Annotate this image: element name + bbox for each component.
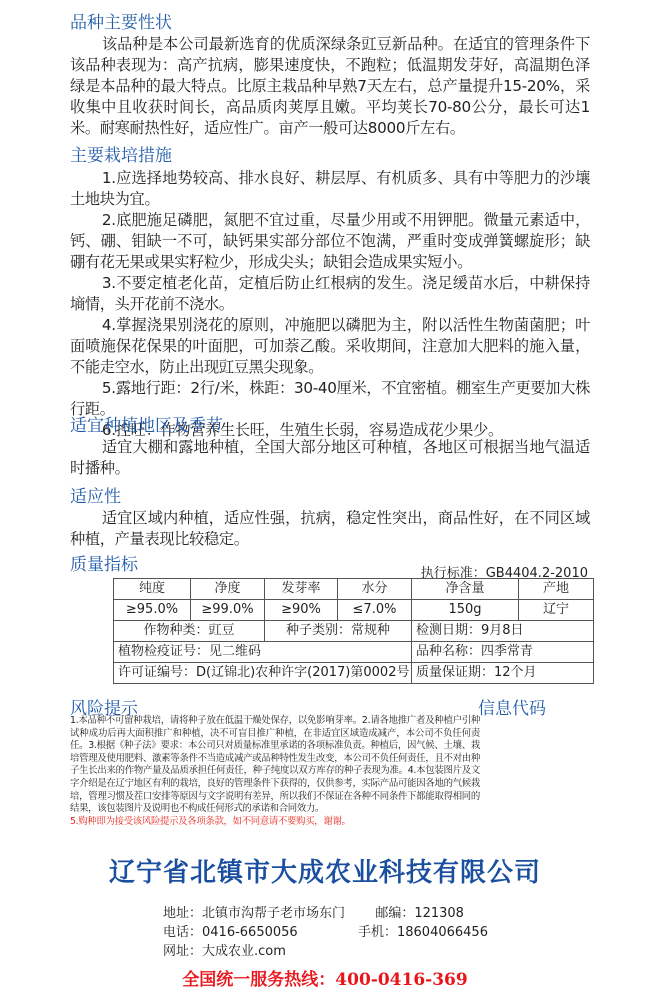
company-name: 辽宁省北镇市大成农业科技有限公司: [0, 852, 650, 889]
value-net-weight: 150g: [412, 600, 519, 621]
phone-value: 0416-6650056: [202, 925, 298, 940]
phone-row: 电话：0416-6650056 手机：18604066456: [163, 923, 488, 942]
table-row: ≥95.0% ≥99.0% ≥90% ≤7.0% 150g 辽宁: [114, 600, 594, 621]
risk-warning: 5.购种即为接受该风险提示及各项条款，如不同意请不要购买，谢谢。: [70, 816, 480, 829]
value-germination: ≥90%: [265, 600, 338, 621]
traits-body: 该品种是本公司最新选育的优质深绿条豇豆新品种。在适宜的管理条件下该品种表现为：高…: [70, 34, 590, 139]
website-row: 网址：大成农业.com: [163, 942, 488, 961]
cultivation-item: 2.底肥施足磷肥，氮肥不宜过重，尽量少用或不用钾肥。微量元素适中，钙、硼、钼缺一…: [70, 210, 590, 273]
quarantine-number: 植物检疫证号：见二维码: [114, 642, 412, 663]
value-moisture: ≤7.0%: [338, 600, 412, 621]
region-paragraph: 适宜大棚和露地种植，全国大部分地区可种植，各地区可根据当地气温适时播种。: [70, 437, 590, 479]
section-title-region: 适宜种植地区及季节: [70, 416, 223, 436]
test-date: 检测日期：9月8日: [412, 621, 594, 642]
mobile-value: 18604066456: [397, 925, 488, 940]
mobile-label: 手机：: [358, 925, 397, 940]
phone-label: 电话：: [163, 925, 202, 940]
header-origin: 产地: [519, 579, 594, 600]
value-origin: 辽宁: [519, 600, 594, 621]
adaptability-body: 适宜区域内种植，适应性强，抗病，稳定性突出，商品性好，在不同区域种植，产量表现比…: [70, 508, 590, 550]
address-row: 地址：北镇市沟帮子老市场东门 邮编：121308: [163, 904, 488, 923]
variety-name: 品种名称：四季常青: [412, 642, 594, 663]
table-row: 植物检疫证号：见二维码 品种名称：四季常青: [114, 642, 594, 663]
cultivation-body: 1.应选择地势较高、排水良好、耕层厚、有机质多、具有中等肥力的沙壤土地块为宜。 …: [70, 168, 590, 441]
section-title-quality: 质量指标: [70, 555, 138, 575]
risk-paragraph: 1.本品种不可留种栽培，请将种子放在低温干燥处保存，以免影响芽率。2.请各地推广…: [70, 715, 480, 816]
region-body: 适宜大棚和露地种植，全国大部分地区可种植，各地区可根据当地气温适时播种。: [70, 437, 590, 479]
adaptability-paragraph: 适宜区域内种植，适应性强，抗病，稳定性突出，商品性好，在不同区域种植，产量表现比…: [70, 508, 590, 550]
cultivation-item: 5.露地行距：2行/米，株距：30-40厘米，不宜密植。棚室生产更要加大株行距。: [70, 378, 590, 420]
cultivation-item: 4.掌握浇果别浇花的原则，冲施肥以磷肥为主，附以活性生物菌菌肥；叶面喷施保花保果…: [70, 315, 590, 378]
qr-code-area: [478, 718, 578, 818]
value-purity: ≥95.0%: [114, 600, 191, 621]
quality-table: 纯度 净度 发芽率 水分 净含量 产地 ≥95.0% ≥99.0% ≥90% ≤…: [113, 578, 594, 684]
header-germination: 发芽率: [265, 579, 338, 600]
header-moisture: 水分: [338, 579, 412, 600]
risk-body: 1.本品种不可留种栽培，请将种子放在低温干燥处保存，以免影响芽率。2.请各地推广…: [70, 715, 480, 828]
table-header-row: 纯度 净度 发芽率 水分 净含量 产地: [114, 579, 594, 600]
postcode-value: 121308: [414, 906, 464, 921]
service-hotline: 全国统一服务热线：400-0416-369: [0, 965, 650, 990]
cultivation-item: 3.不要定植老化苗，定植后防止红根病的发生。浇足缓苗水后，中耕保持墒情，头开花前…: [70, 273, 590, 315]
cultivation-item: 1.应选择地势较高、排水良好、耕层厚、有机质多、具有中等肥力的沙壤土地块为宜。: [70, 168, 590, 210]
postcode-label: 邮编：: [375, 906, 414, 921]
website-label: 网址：: [163, 944, 202, 959]
warranty-period: 质量保证期：12个月: [412, 663, 594, 684]
section-title-info-code: 信息代码: [478, 694, 546, 719]
contact-block: 地址：北镇市沟帮子老市场东门 邮编：121308 电话：0416-6650056…: [163, 904, 488, 961]
header-purity: 纯度: [114, 579, 191, 600]
address-value: 北镇市沟帮子老市场东门: [202, 906, 345, 921]
traits-paragraph: 该品种是本公司最新选育的优质深绿条豇豆新品种。在适宜的管理条件下该品种表现为：高…: [70, 34, 590, 139]
header-net-weight: 净含量: [412, 579, 519, 600]
address-label: 地址：: [163, 906, 202, 921]
website-value: 大成农业.com: [202, 944, 286, 959]
section-title-traits: 品种主要性状: [70, 13, 172, 33]
crop-type: 作物种类：豇豆: [114, 621, 265, 642]
table-row: 作物种类：豇豆 种子类别：常规种 检测日期：9月8日: [114, 621, 594, 642]
seed-type: 种子类别：常规种: [265, 621, 412, 642]
table-row: 许可证编号：D(辽锦北)农种许字(2017)第0002号 质量保证期：12个月: [114, 663, 594, 684]
section-title-adaptability: 适应性: [70, 487, 121, 507]
license-number: 许可证编号：D(辽锦北)农种许字(2017)第0002号: [114, 663, 412, 684]
section-title-cultivation: 主要栽培措施: [70, 146, 172, 166]
value-cleanliness: ≥99.0%: [191, 600, 265, 621]
header-cleanliness: 净度: [191, 579, 265, 600]
